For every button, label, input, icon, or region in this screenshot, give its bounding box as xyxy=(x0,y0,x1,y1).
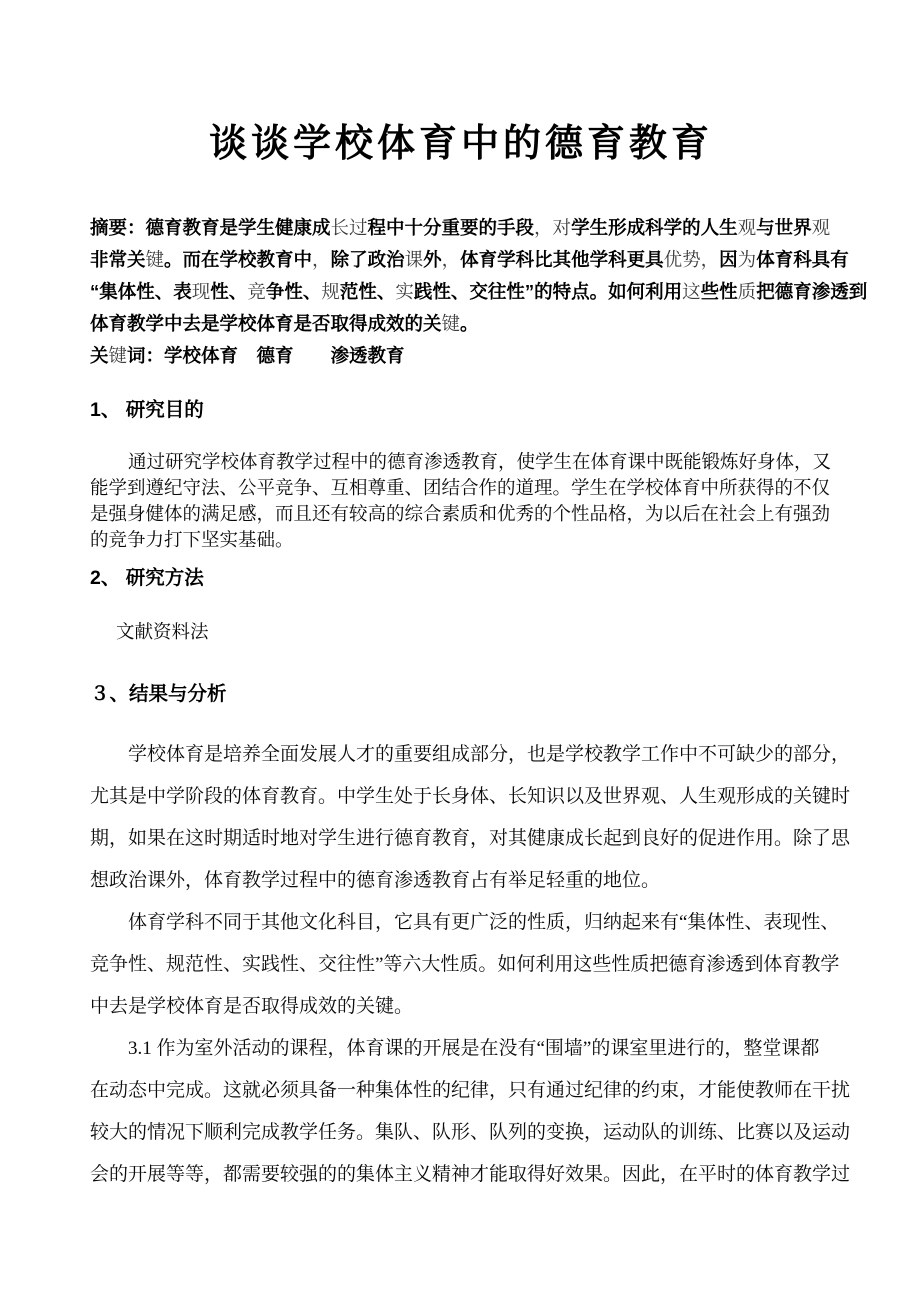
abstract-line-4: 体育教学中去是学校体育是否取得成效的关键。 xyxy=(90,308,832,340)
paragraph-line: 的竞争力打下坚实基础。 xyxy=(90,528,832,554)
section-3-heading: ３、结果与分析 xyxy=(90,682,832,706)
paragraph-line: 学校体育是培养全面发展人才的重要组成部分，也是学校教学工作中不可缺少的部分， xyxy=(90,734,832,776)
abstract-line-1: 摘要：德育教育是学生健康成长过程中十分重要的手段，对学生形成科学的人生观与世界观 xyxy=(90,212,832,244)
paragraph-line: 竞争性、规范性、实践性、交往性”等六大性质。如何利用这些性质把德育渗透到体育教学 xyxy=(90,944,832,986)
paragraph-line: 文献资料法 xyxy=(90,620,832,646)
results-paragraph-3: 3.1 作为室外活动的课程，体育课的开展是在没有“围墙”的课室里进行的，整堂课都… xyxy=(90,1028,832,1196)
paragraph-line: 中去是学校体育是否取得成效的关键。 xyxy=(90,986,832,1028)
paragraph-line: 能学到遵纪守法、公平竞争、互相尊重、团结合作的道理。学生在学校体育中所获得的不仅 xyxy=(90,476,832,502)
section-2-heading: 2、 研究方法 xyxy=(90,566,832,590)
paragraph-line: 3.1 作为室外活动的课程，体育课的开展是在没有“围墙”的课室里进行的，整堂课都 xyxy=(90,1028,832,1070)
section-1-heading: 1、 研究目的 xyxy=(90,398,832,422)
paragraph-line: 体育学科不同于其他文化科目，它具有更广泛的性质，归纳起来有“集体性、表现性、 xyxy=(90,902,832,944)
method-paragraph: 文献资料法 xyxy=(90,620,832,646)
purpose-paragraph: 通过研究学校体育教学过程中的德育渗透教育，使学生在体育课中既能锻炼好身体，又 能… xyxy=(90,450,832,554)
document-title: 谈谈学校体育中的德育教育 xyxy=(90,0,832,166)
results-paragraph-1: 学校体育是培养全面发展人才的重要组成部分，也是学校教学工作中不可缺少的部分， 尤… xyxy=(90,734,832,902)
paragraph-line: 会的开展等等，都需要较强的的集体主义精神才能取得好效果。因此，在平时的体育教学过 xyxy=(90,1154,832,1196)
abstract-line-2: 非常关键。而在学校教育中，除了政治课外，体育学科比其他学科更具优势，因为体育科具… xyxy=(90,244,832,276)
abstract-section: 摘要：德育教育是学生健康成长过程中十分重要的手段，对学生形成科学的人生观与世界观… xyxy=(90,212,832,340)
results-paragraph-2: 体育学科不同于其他文化科目，它具有更广泛的性质，归纳起来有“集体性、表现性、 竞… xyxy=(90,902,832,1028)
document-page: 谈谈学校体育中的德育教育 摘要：德育教育是学生健康成长过程中十分重要的手段，对学… xyxy=(0,0,920,1300)
paragraph-line: 是强身健体的满足感，而且还有较高的综合素质和优秀的个性品格，为以后在社会上有强劲 xyxy=(90,502,832,528)
paragraph-line: 较大的情况下顺利完成教学任务。集队、队形、队列的变换，运动队的训练、比赛以及运动 xyxy=(90,1112,832,1154)
keywords-line: 关键词：学校体育 德育 渗透教育 xyxy=(90,340,832,372)
paragraph-line: 想政治课外，体育教学过程中的德育渗透教育占有举足轻重的地位。 xyxy=(90,860,832,902)
paragraph-line: 尤其是中学阶段的体育教育。中学生处于长身体、长知识以及世界观、人生观形成的关键时 xyxy=(90,776,832,818)
paragraph-line: 在动态中完成。这就必须具备一种集体性的纪律，只有通过纪律的约束，才能使教师在干扰 xyxy=(90,1070,832,1112)
abstract-line-3: “集体性、表现性、竞争性、规范性、实践性、交往性”的特点。如何利用这些性质把德育… xyxy=(90,276,832,308)
paragraph-line: 通过研究学校体育教学过程中的德育渗透教育，使学生在体育课中既能锻炼好身体，又 xyxy=(90,450,832,476)
paragraph-line: 期，如果在这时期适时地对学生进行德育教育，对其健康成长起到良好的促进作用。除了思 xyxy=(90,818,832,860)
